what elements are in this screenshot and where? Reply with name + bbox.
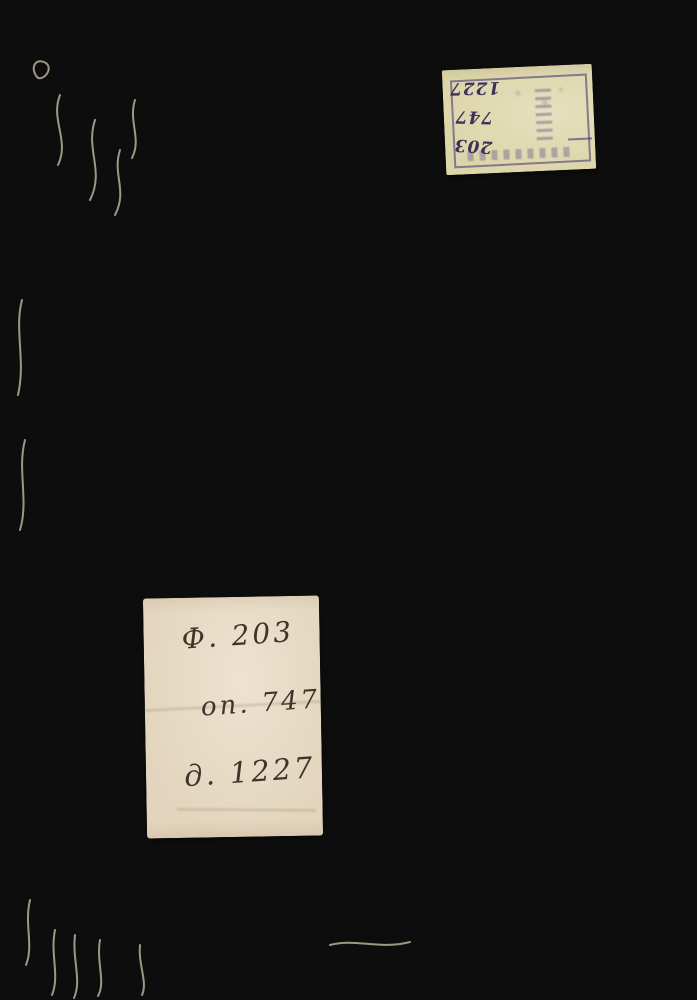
opis-number-line: оп. 747: [200, 684, 321, 722]
handwritten-number: 747: [445, 101, 502, 131]
upside-down-handwritten-numbers: 203 747 1227: [445, 72, 503, 160]
stain: [50, 364, 140, 474]
photo-backdrop: 203 747 1227 Ф. 203 оп. 747 д. 1227: [0, 0, 697, 1000]
stamp-frame-tick: [568, 137, 592, 140]
fond-number-line: Ф. 203: [181, 615, 296, 656]
weave-slubs-texture: [10, 24, 13, 26]
stain: [95, 479, 121, 497]
handwritten-number: 203: [444, 129, 502, 161]
handwritten-number: 1227: [446, 72, 503, 102]
delo-number-line: д. 1227: [183, 750, 317, 793]
archive-stamp-label: 203 747 1227: [442, 64, 596, 175]
stamp-ink-smudge: [535, 88, 553, 141]
spine-crease: [58, 24, 61, 954]
archive-reference-label: Ф. 203 оп. 747 д. 1227: [143, 595, 323, 838]
paper-crease: [177, 808, 317, 811]
